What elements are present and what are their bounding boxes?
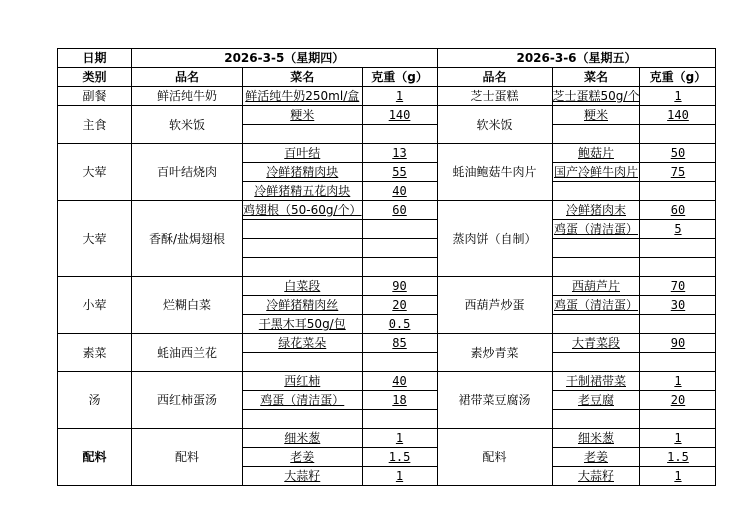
day1-weight-cell: 140 <box>362 106 437 125</box>
day2-weight-cell: 70 <box>640 277 716 296</box>
day1-ingredient-cell: 鸡翅根（50-60g/个） <box>243 201 363 220</box>
day2-ingredient-cell: 大青菜段 <box>552 334 640 353</box>
day1-weight-cell <box>362 353 437 372</box>
day2-ingredient-cell: 西葫芦片 <box>552 277 640 296</box>
day1-weight-cell: 40 <box>362 372 437 391</box>
day2-weight-cell: 75 <box>640 163 716 182</box>
day2-ingredient-cell <box>552 182 640 201</box>
day2-ingredient-cell: 冷鲜猪肉末 <box>552 201 640 220</box>
table-row: 大荤百叶结烧肉百叶结13蚝油鲍菇牛肉片鲍菇片50 <box>58 144 716 163</box>
category-cell: 配料 <box>58 429 132 486</box>
day1-ingredient-cell: 粳米 <box>243 106 363 125</box>
day1-dish-cell: 鲜活纯牛奶 <box>132 87 243 106</box>
day1-dish-cell: 配料 <box>132 429 243 486</box>
date-row: 日期 2026-3-5（星期四） 2026-3-6（星期五） <box>58 49 716 68</box>
day2-dish-cell: 西葫芦炒蛋 <box>437 277 552 334</box>
day2-ingredient-cell <box>552 239 640 258</box>
day1-weight-cell: 1.5 <box>362 448 437 467</box>
day2-ingredient-cell: 老豆腐 <box>552 391 640 410</box>
day2-dish-cell: 蒸肉饼（自制） <box>437 201 552 277</box>
category-cell: 大荤 <box>58 201 132 277</box>
day1-ingredient-cell <box>243 410 363 429</box>
day2-col-dish: 品名 <box>437 68 552 87</box>
day2-weight-cell: 60 <box>640 201 716 220</box>
day1-dish-cell: 百叶结烧肉 <box>132 144 243 201</box>
day2-weight-cell: 1.5 <box>640 448 716 467</box>
day1-ingredient-cell: 白菜段 <box>243 277 363 296</box>
day2-ingredient-cell <box>552 410 640 429</box>
day1-weight-cell: 40 <box>362 182 437 201</box>
day1-ingredient-cell: 冷鲜猪精五花肉块 <box>243 182 363 201</box>
day2-weight-cell: 1 <box>640 372 716 391</box>
day1-ingredient-cell <box>243 125 363 144</box>
day2-dish-cell: 芝士蛋糕 <box>437 87 552 106</box>
day1-ingredient-cell: 鲜活纯牛奶250ml/盒 <box>243 87 363 106</box>
day1-weight-cell: 1 <box>362 87 437 106</box>
day2-ingredient-cell: 国产冷鲜牛肉片 <box>552 163 640 182</box>
day2-ingredient-cell <box>552 353 640 372</box>
day2-ingredient-cell: 鸡蛋（清洁蛋） <box>552 220 640 239</box>
table-row: 配料配料细米葱1配料细米葱1 <box>58 429 716 448</box>
day2-date: 2026-3-6（星期五） <box>437 49 716 68</box>
day1-ingredient-cell: 鸡蛋（清洁蛋） <box>243 391 363 410</box>
day2-ingredient-cell: 鸡蛋（清洁蛋） <box>552 296 640 315</box>
category-cell: 副餐 <box>58 87 132 106</box>
day2-weight-cell <box>640 239 716 258</box>
day2-ingredient-cell: 大蒜籽 <box>552 467 640 486</box>
day1-dish-cell: 烂糊白菜 <box>132 277 243 334</box>
day2-dish-cell: 软米饭 <box>437 106 552 144</box>
day1-ingredient-cell: 大蒜籽 <box>243 467 363 486</box>
day2-ingredient-cell: 鲍菇片 <box>552 144 640 163</box>
day2-col-weight: 克重（g） <box>640 68 716 87</box>
day2-weight-cell: 1 <box>640 429 716 448</box>
column-header-row: 类别 品名 菜名 克重（g） 品名 菜名 克重（g） <box>58 68 716 87</box>
table-row: 小荤烂糊白菜白菜段90西葫芦炒蛋西葫芦片70 <box>58 277 716 296</box>
day1-dish-cell: 软米饭 <box>132 106 243 144</box>
day1-ingredient-cell <box>243 239 363 258</box>
table-row: 大荤香酥/盐焗翅根鸡翅根（50-60g/个）60蒸肉饼（自制）冷鲜猪肉末60 <box>58 201 716 220</box>
day2-weight-cell: 1 <box>640 467 716 486</box>
day2-weight-cell: 50 <box>640 144 716 163</box>
day1-col-weight: 克重（g） <box>362 68 437 87</box>
day2-ingredient-cell: 干制裙带菜 <box>552 372 640 391</box>
table-row: 汤西红柿蛋汤西红柿40裙带菜豆腐汤干制裙带菜1 <box>58 372 716 391</box>
day2-ingredient-cell: 粳米 <box>552 106 640 125</box>
day1-weight-cell <box>362 239 437 258</box>
day2-weight-cell: 5 <box>640 220 716 239</box>
day1-ingredient-cell: 干黑木耳50g/包 <box>243 315 363 334</box>
day1-weight-cell: 0.5 <box>362 315 437 334</box>
day2-dish-cell: 蚝油鲍菇牛肉片 <box>437 144 552 201</box>
day1-ingredient-cell <box>243 353 363 372</box>
category-cell: 素菜 <box>58 334 132 372</box>
day1-ingredient-cell: 冷鲜猪精肉丝 <box>243 296 363 315</box>
day2-weight-cell: 90 <box>640 334 716 353</box>
day2-ingredient-cell <box>552 125 640 144</box>
day1-dish-cell: 蚝油西兰花 <box>132 334 243 372</box>
day1-col-ingredient: 菜名 <box>243 68 363 87</box>
day1-weight-cell: 90 <box>362 277 437 296</box>
day1-dish-cell: 香酥/盐焗翅根 <box>132 201 243 277</box>
day1-weight-cell: 1 <box>362 429 437 448</box>
day1-ingredient-cell <box>243 220 363 239</box>
day2-col-ingredient: 菜名 <box>552 68 640 87</box>
day2-weight-cell <box>640 410 716 429</box>
day1-dish-cell: 西红柿蛋汤 <box>132 372 243 429</box>
day1-weight-cell: 18 <box>362 391 437 410</box>
category-cell: 大荤 <box>58 144 132 201</box>
day1-weight-cell <box>362 258 437 277</box>
day1-weight-cell: 13 <box>362 144 437 163</box>
category-cell: 主食 <box>58 106 132 144</box>
day1-ingredient-cell: 冷鲜猪精肉块 <box>243 163 363 182</box>
day2-weight-cell <box>640 353 716 372</box>
day2-weight-cell: 1 <box>640 87 716 106</box>
menu-table: 日期 2026-3-5（星期四） 2026-3-6（星期五） 类别 品名 菜名 … <box>57 48 716 486</box>
day2-dish-cell: 裙带菜豆腐汤 <box>437 372 552 429</box>
day2-ingredient-cell: 细米葱 <box>552 429 640 448</box>
day2-dish-cell: 素炒青菜 <box>437 334 552 372</box>
day2-dish-cell: 配料 <box>437 429 552 486</box>
date-label: 日期 <box>58 49 132 68</box>
day1-ingredient-cell: 绿花菜朵 <box>243 334 363 353</box>
category-label: 类别 <box>58 68 132 87</box>
table-row: 主食软米饭粳米140软米饭粳米140 <box>58 106 716 125</box>
day1-col-dish: 品名 <box>132 68 243 87</box>
table-row: 副餐鲜活纯牛奶鲜活纯牛奶250ml/盒1芝士蛋糕芝士蛋糕50g/个1 <box>58 87 716 106</box>
day1-weight-cell: 85 <box>362 334 437 353</box>
day1-date: 2026-3-5（星期四） <box>132 49 438 68</box>
day2-weight-cell: 20 <box>640 391 716 410</box>
day2-weight-cell <box>640 182 716 201</box>
day1-weight-cell: 60 <box>362 201 437 220</box>
table-row: 素菜蚝油西兰花绿花菜朵85素炒青菜大青菜段90 <box>58 334 716 353</box>
day2-weight-cell: 140 <box>640 106 716 125</box>
day1-ingredient-cell: 西红柿 <box>243 372 363 391</box>
day1-ingredient-cell: 百叶结 <box>243 144 363 163</box>
day2-weight-cell <box>640 125 716 144</box>
day1-weight-cell: 55 <box>362 163 437 182</box>
day1-ingredient-cell <box>243 258 363 277</box>
category-cell: 小荤 <box>58 277 132 334</box>
day2-weight-cell <box>640 315 716 334</box>
day1-weight-cell: 1 <box>362 467 437 486</box>
day2-ingredient-cell: 老姜 <box>552 448 640 467</box>
day1-ingredient-cell: 老姜 <box>243 448 363 467</box>
day1-weight-cell <box>362 410 437 429</box>
day1-weight-cell <box>362 220 437 239</box>
category-cell: 汤 <box>58 372 132 429</box>
day1-weight-cell <box>362 125 437 144</box>
day2-ingredient-cell <box>552 315 640 334</box>
day2-ingredient-cell <box>552 258 640 277</box>
day2-weight-cell <box>640 258 716 277</box>
day2-weight-cell: 30 <box>640 296 716 315</box>
day1-weight-cell: 20 <box>362 296 437 315</box>
day1-ingredient-cell: 细米葱 <box>243 429 363 448</box>
day2-ingredient-cell: 芝士蛋糕50g/个 <box>552 87 640 106</box>
